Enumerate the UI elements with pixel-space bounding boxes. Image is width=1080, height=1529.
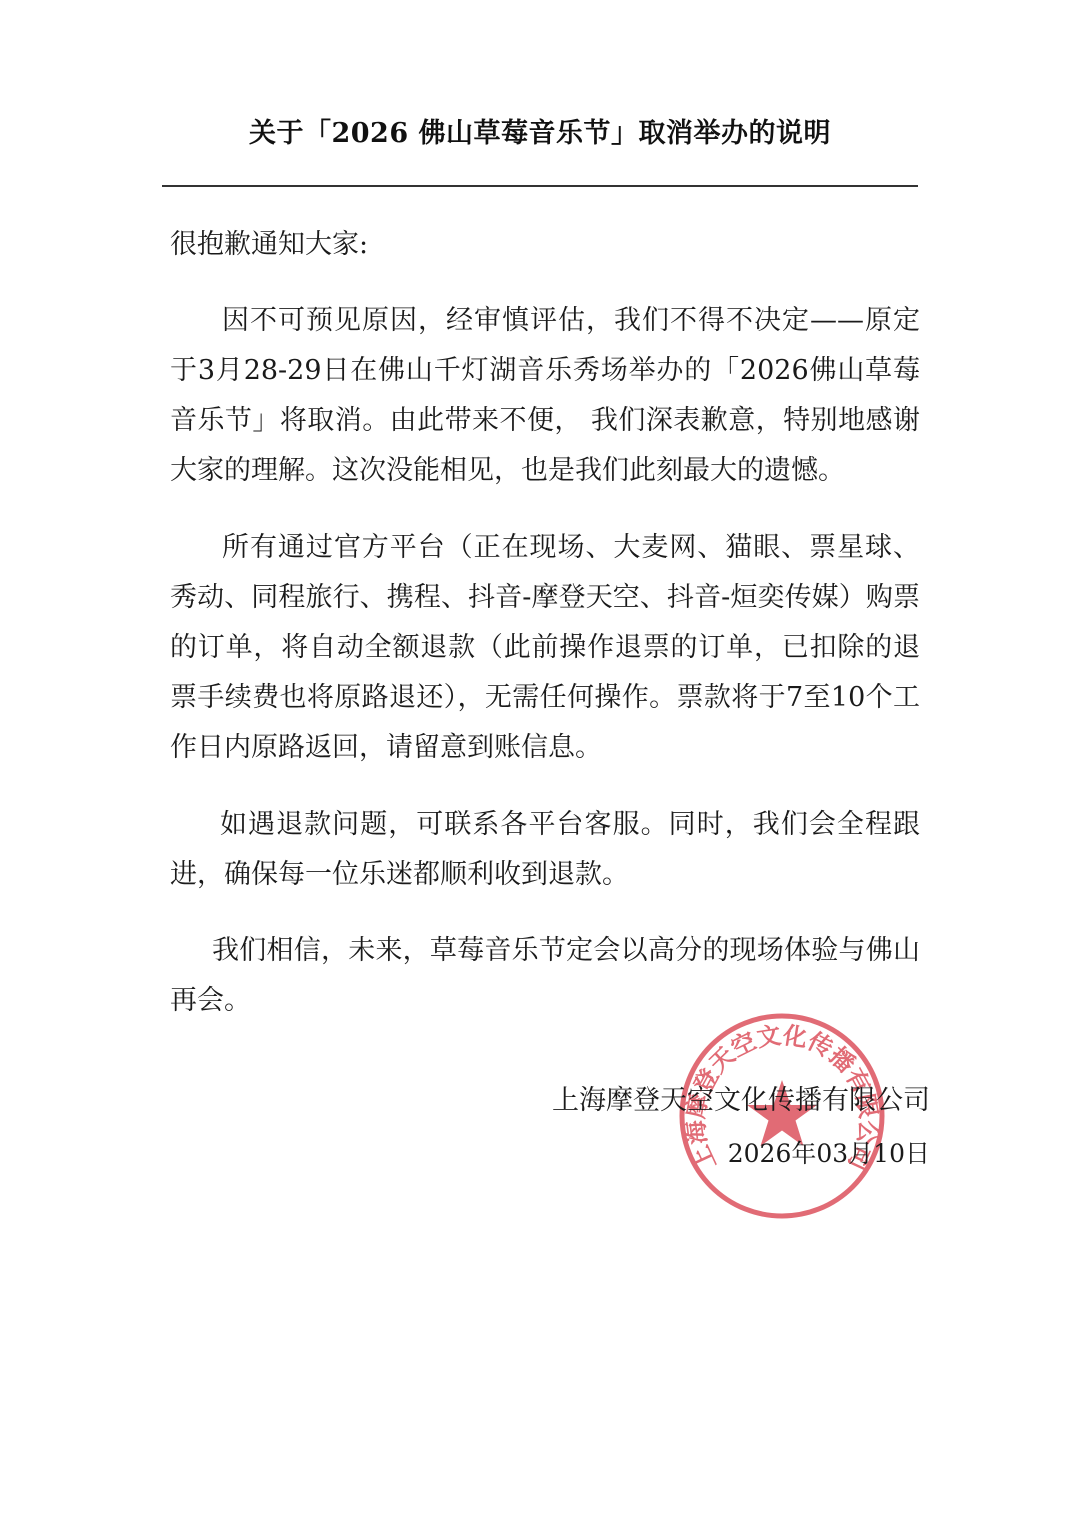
paragraph-cancellation: 因不可预见原因，经审慎评估，我们不得不决定——原定于3月28-29日在佛山千灯湖… [170,296,920,496]
signature-company: 上海摩登天空文化传播有限公司 [552,1078,930,1124]
greeting: 很抱歉通知大家: [170,220,920,270]
paragraph-support: 如遇退款问题，可联系各平台客服。同时，我们会全程跟进，确保每一位乐迷都顺利收到退… [170,800,920,900]
title-divider [162,185,918,187]
paragraph-refund: 所有通过官方平台（正在现场、大麦网、猫眼、票星球、秀动、同程旅行、携程、抖音-摩… [170,523,920,773]
document-page: 关于「2026 佛山草莓音乐节」取消举办的说明 很抱歉通知大家: 因不可预见原因… [0,0,1080,1529]
document-title: 关于「2026 佛山草莓音乐节」取消举办的说明 [0,112,1080,156]
signature-date: 2026年03月10日 [728,1132,930,1176]
